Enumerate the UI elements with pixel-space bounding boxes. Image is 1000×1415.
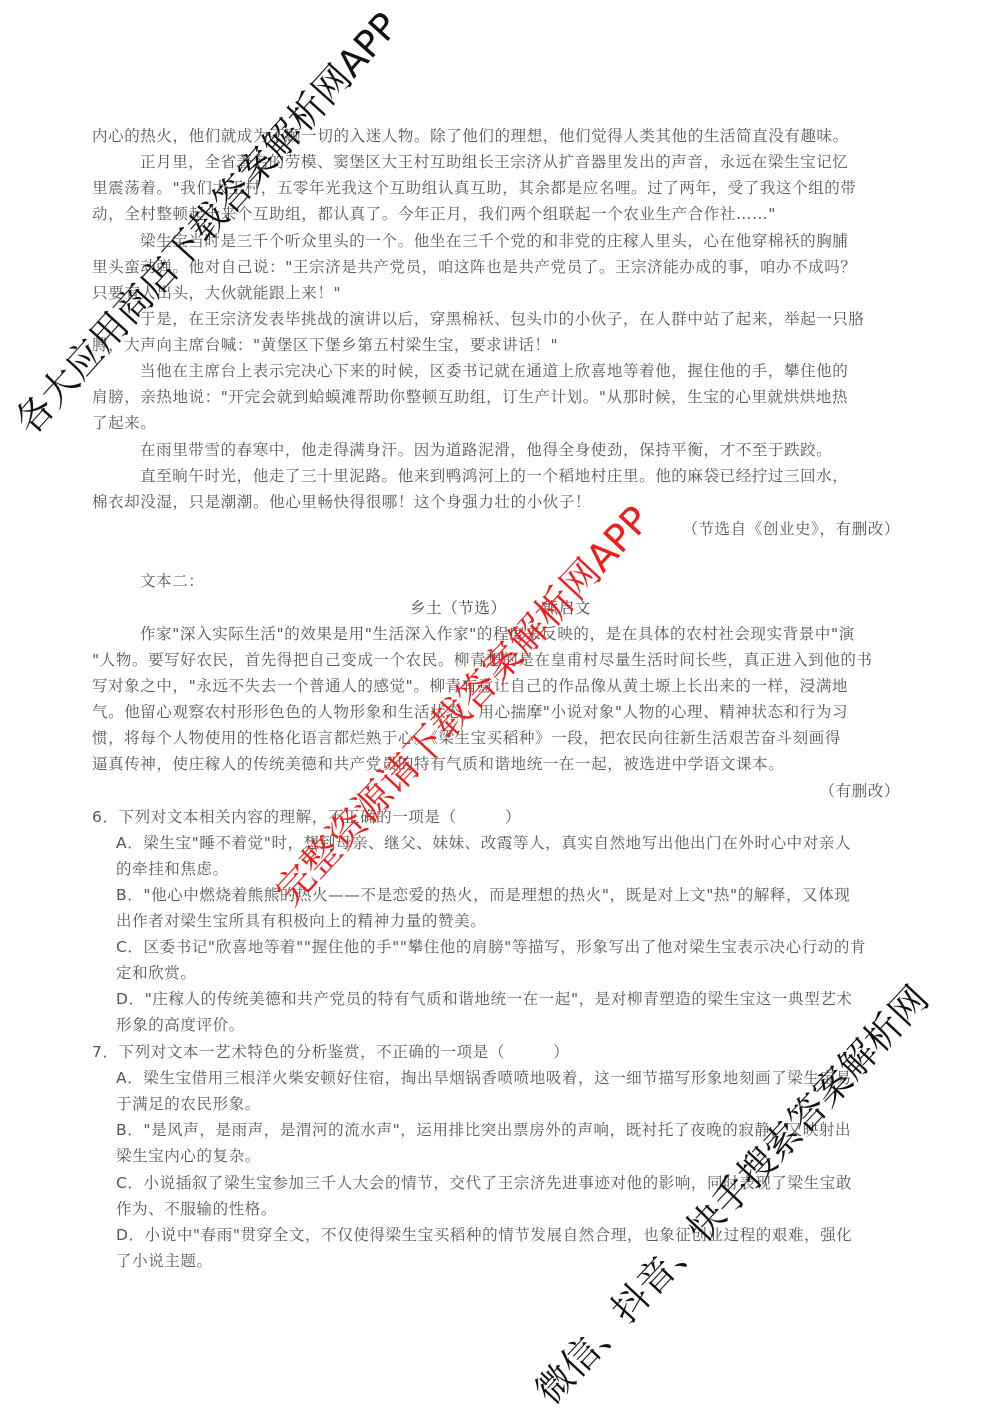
text2-source: （有删改） (819, 781, 900, 801)
text2-line: 作家"深入实际生活"的效果是用"生活深入作家"的程度来反映的，是在具体的农村社会… (140, 624, 960, 644)
option-d: D．小说中"春雨"贯穿全文，不仅使得梁生宝买稻种的情节发展自然合理，也象征创业过… (116, 1225, 936, 1245)
text2-heading: 乡土（节选）熊启文 (410, 598, 591, 618)
text1-line: 正月里，全省著名的劳模、窦堡区大王村互助组长王宗济从扩音器里发出的声音，永远在梁… (140, 152, 960, 172)
text1-line: 内心的热火，他们就成为不顾一切的入迷人物。除了他们的理想，他们觉得人类其他的生活… (92, 126, 912, 146)
text2-title: 乡土（节选） (410, 599, 507, 617)
option-d-cont: 形象的高度评价。 (116, 1015, 936, 1035)
text1-line: 只要有人出头，大伙就能跟上来！" (92, 283, 912, 303)
text1-line: 于是，在王宗济发表毕挑战的演讲以后，穿黑棉袄、包头巾的小伙子，在人群中站了起来，… (140, 309, 960, 329)
text1-line: 动，全村整顿起十来个互助组，都认真了。今年正月，我们两个组联起一个农业生产合作社… (92, 204, 912, 224)
text1-source: （节选自《创业史》，有删改） (682, 519, 900, 539)
text1-line: 了起来。 (92, 413, 912, 433)
text2-line: 惯，将每个人物使用的性格化语言都烂熟于心。《梁生宝买稻种》一段，把农民向往新生活… (92, 728, 912, 748)
option-b: B．"他心中燃烧着熊熊的热火——不是恋爱的热火，而是理想的热火"，既是对上文"热… (116, 885, 936, 905)
text2-line: 气。他留心观察农村形形色色的人物形象和生活状态，用心揣摩"小说对象"人物的心理、… (92, 702, 912, 722)
text2-line: 写对象之中，"永远不失去一个普通人的感觉"。柳青有意让自己的作品像从黄土塬上长出… (92, 676, 912, 696)
text1-line: 里头蛮动弹。他对自己说："王宗济是共产党员，咱这阵也是共产党员了。王宗济能办成的… (92, 257, 912, 277)
option-a: A．梁生宝借用三根洋火柴安顿好住宿，掏出旱烟锅香喷喷地吸着，这一细节描写形象地刻… (116, 1068, 936, 1088)
option-b: B．"是风声，是雨声，是渭河的流水声"，运用排比突出票房外的声响，既衬托了夜晚的… (116, 1120, 936, 1140)
option-a-cont: 的牵挂和焦虑。 (116, 859, 936, 879)
text2-line: 逼真传神，使庄稼人的传统美德和共产党员的特有气质和谐地统一在一起，被选进中学语文… (92, 754, 912, 774)
text1-line: 肩膀，亲热地说："开完会就到蛤蟆滩帮助你整顿互助组，订生产计划。"从那时候，生宝… (92, 387, 912, 407)
text1-line: 当他在主席台上表示完决心下来的时候，区委书记就在通道上欣喜地等着他，握住他的手，… (140, 361, 960, 381)
text1-line: 棉衣却没湿，只是潮潮。他心里畅快得很哪！这个身强力壮的小伙子！ (92, 492, 912, 512)
text2-author: 熊启文 (543, 599, 591, 617)
text1-line: 直至晌午时光，他走了三十里泥路。他来到鸭鸿河上的一个稻地村庄里。他的麻袋已经拧过… (140, 466, 960, 486)
option-c: C．区委书记"欣喜地等着""握住他的手""攀住他的肩膀"等描写，形象写出了他对梁… (116, 937, 936, 957)
option-a: A．梁生宝"睡不着觉"时，想到母亲、继父、妹妹、改霞等人，真实自然地写出他出门在… (116, 833, 936, 853)
text2-line: "人物。要写好农民，首先得把自己变成一个农民。柳青想的是在皇甫村尽量生活时间长些… (92, 650, 912, 670)
text2-label: 文本二： (140, 571, 960, 591)
option-d-cont: 了小说主题。 (116, 1251, 936, 1271)
option-d: D．"庄稼人的传统美德和共产党员的特有气质和谐地统一在一起"，是对柳青塑造的梁生… (116, 989, 936, 1009)
option-c-cont: 定和欣赏。 (116, 963, 936, 983)
text1-line: 膊，大声向主席台喊："黄堡区下堡乡第五村梁生宝，要求讲话！" (92, 335, 912, 355)
option-b-cont: 梁生宝内心的复杂。 (116, 1146, 936, 1166)
text1-line: 在雨里带雪的春寒中，他走得满身汗。因为道路泥滑，他得全身使劲，保持平衡，才不至于… (140, 440, 960, 460)
option-c-cont: 作为、不服输的性格。 (116, 1199, 936, 1219)
text1-line: 梁生宝当时是三千个听众里头的一个。他坐在三千个党的和非党的庄稼人里头，心在他穿棉… (140, 231, 960, 251)
question-stem: 6．下列对文本相关内容的理解，不正确的一项是（ ） (92, 807, 912, 827)
text1-line: 里震荡着。"我们大王村，五零年光我这个互助组认真互助，其余都是应名哩。过了两年，… (92, 178, 912, 198)
question-stem: 7．下列对文本一艺术特色的分析鉴赏，不正确的一项是（ ） (92, 1042, 912, 1062)
exam-page: 内心的热火，他们就成为不顾一切的入迷人物。除了他们的理想，他们觉得人类其他的生活… (0, 0, 1000, 1415)
option-b-cont: 出作者对梁生宝所具有积极向上的精神力量的赞美。 (116, 911, 936, 931)
option-a-cont: 于满足的农民形象。 (116, 1094, 936, 1114)
option-c: C．小说插叙了梁生宝参加三千人大会的情节，交代了王宗济先进事迹对他的影响，同时表… (116, 1173, 936, 1193)
